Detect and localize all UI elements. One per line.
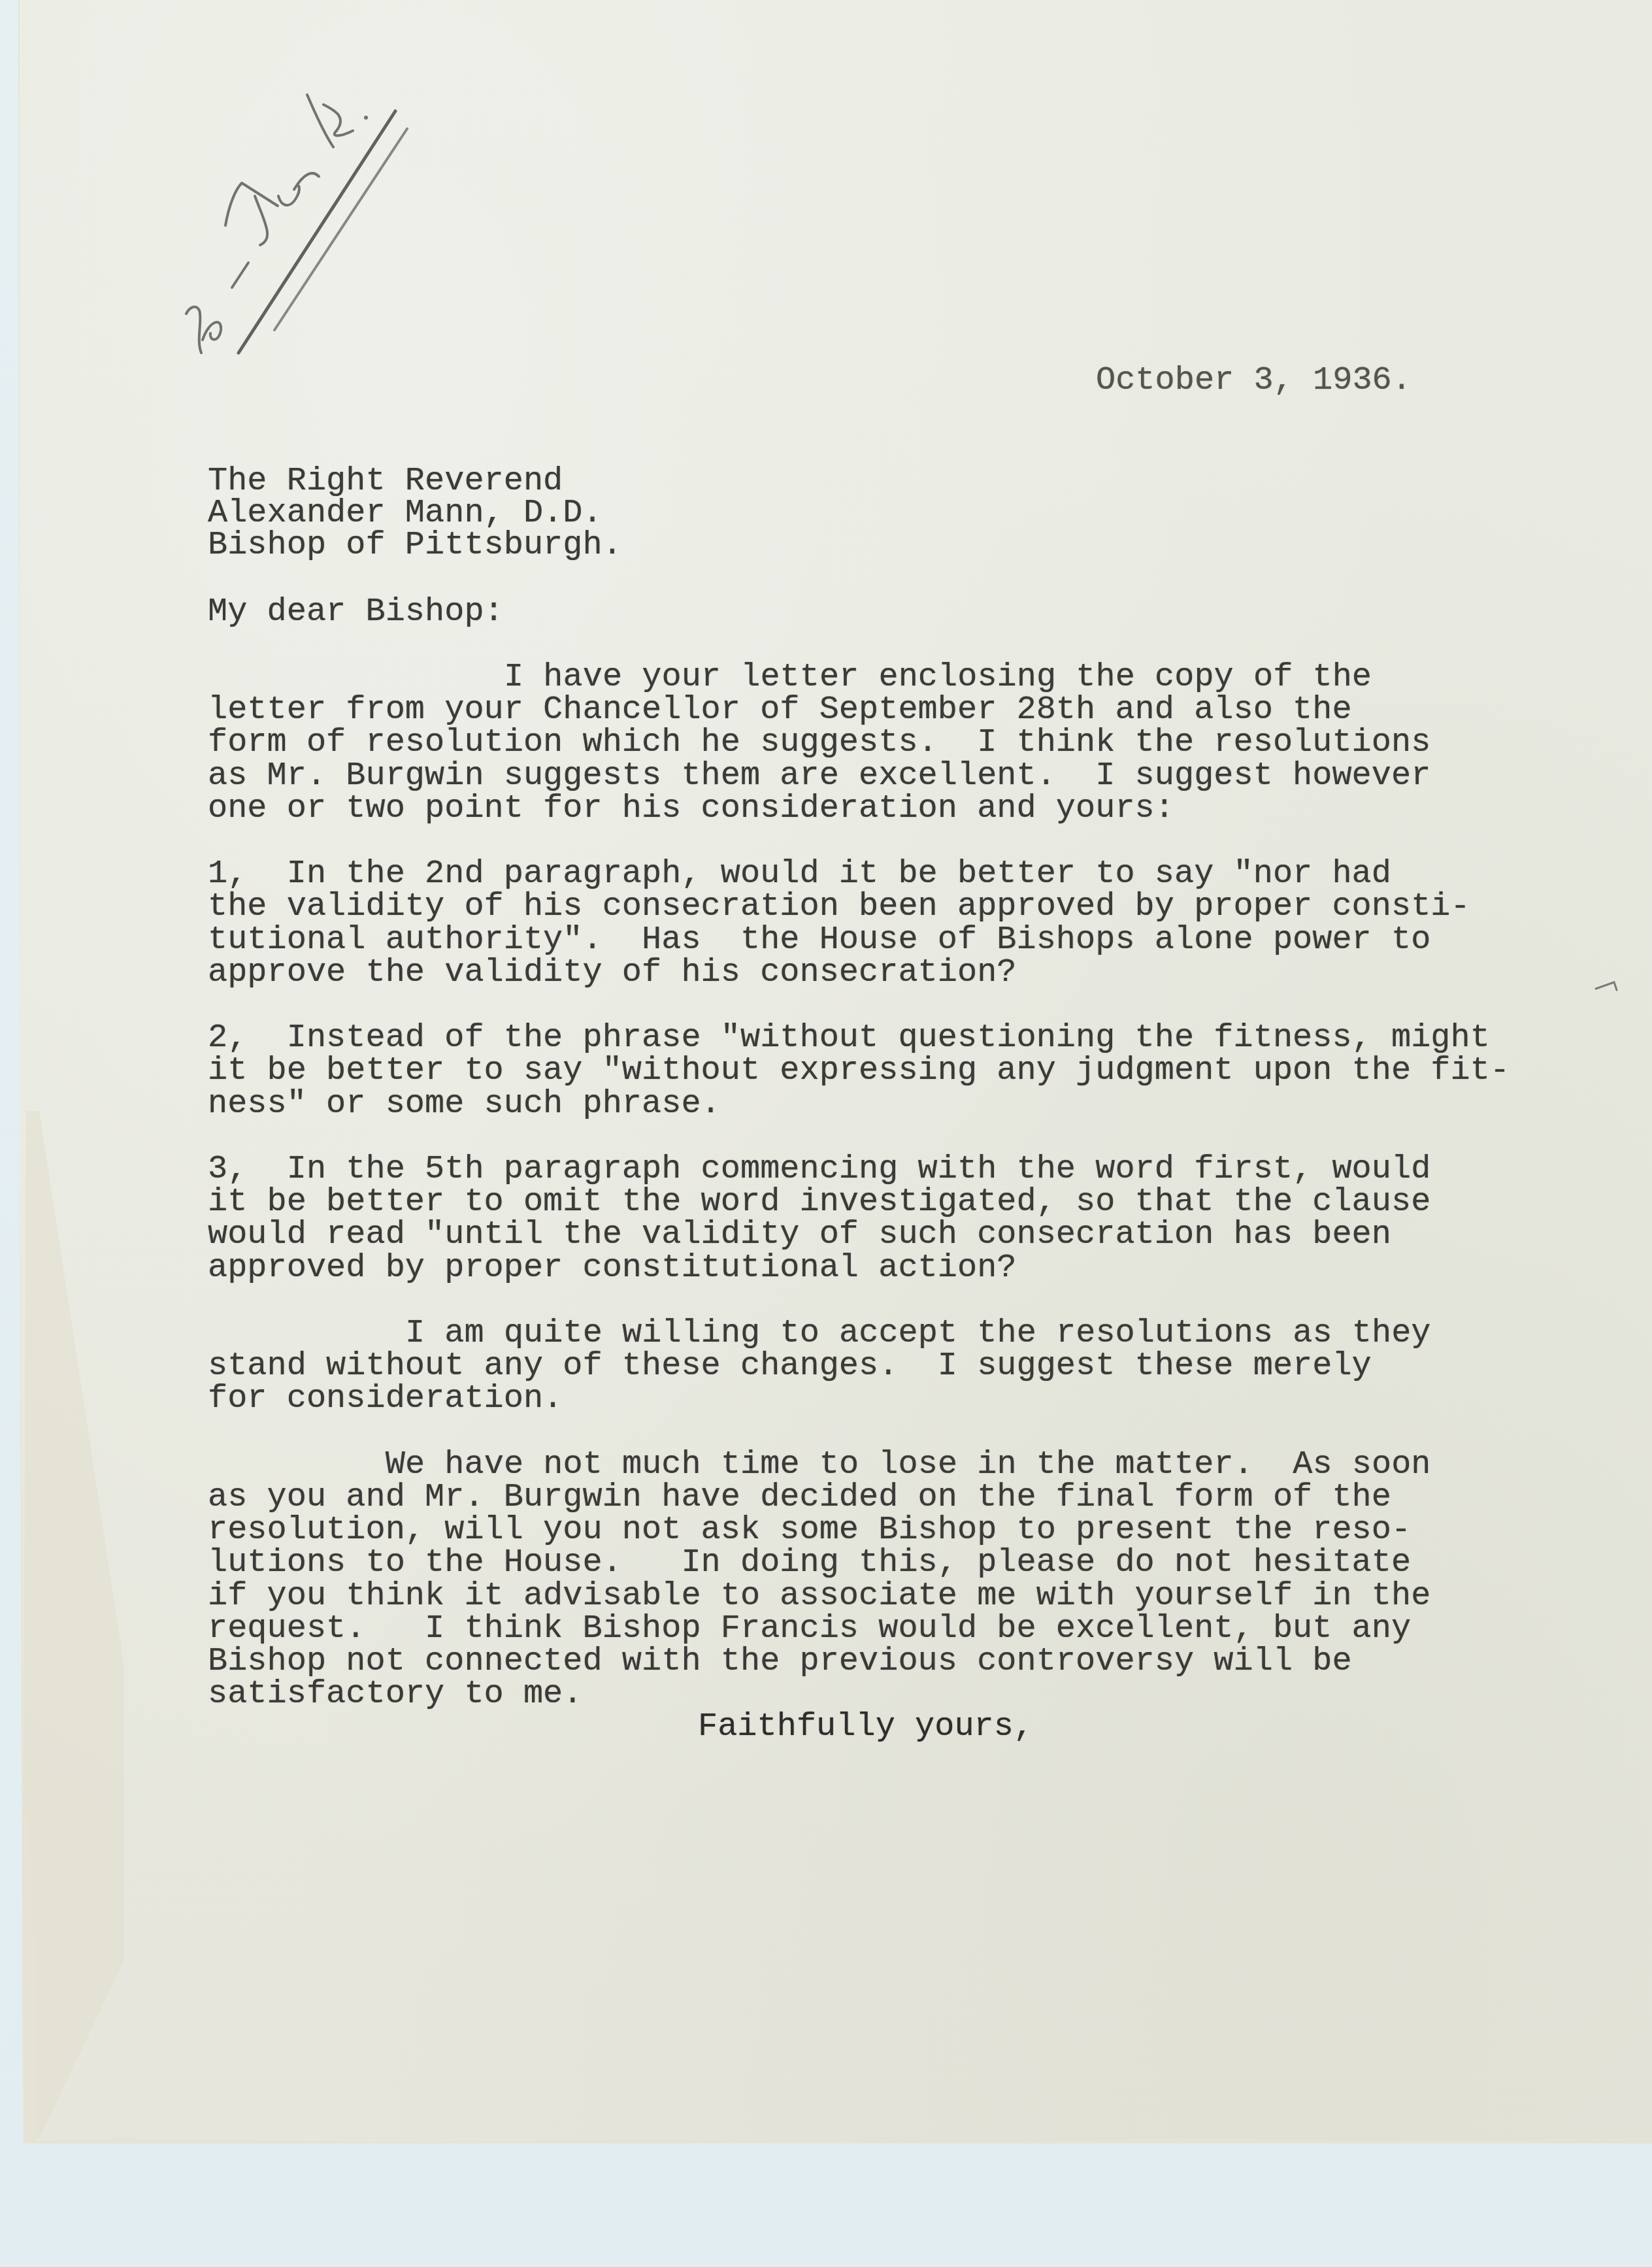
closing: Faithfully yours, bbox=[698, 1711, 1033, 1744]
handwritten-annotation-icon bbox=[150, 91, 464, 366]
recipient-address-line-1: The Right Reverend bbox=[208, 465, 563, 498]
body-line: I have your letter enclosing the copy of… bbox=[504, 661, 1372, 694]
body-line: ness" or some such phrase. bbox=[208, 1088, 721, 1121]
body-line: the validity of his consecration been ap… bbox=[208, 891, 1470, 923]
body-line: satisfactory to me. bbox=[208, 1678, 582, 1711]
body-line: tutional authority". Has the House of Bi… bbox=[208, 924, 1430, 957]
body-line: I am quite willing to accept the resolut… bbox=[405, 1317, 1431, 1350]
body-line: resolution, will you not ask some Bishop… bbox=[208, 1514, 1411, 1547]
body-line: as Mr. Burgwin suggests them are excelle… bbox=[208, 760, 1430, 793]
body-line: as you and Mr. Burgwin have decided on t… bbox=[208, 1481, 1391, 1514]
body-line: Bishop not connected with the previous c… bbox=[208, 1646, 1352, 1678]
body-line: stand without any of these changes. I su… bbox=[208, 1350, 1372, 1383]
recipient-address-line-3: Bishop of Pittsburgh. bbox=[208, 529, 622, 562]
salutation: My dear Bishop: bbox=[208, 596, 504, 629]
body-line: 2, Instead of the phrase "without questi… bbox=[208, 1022, 1490, 1055]
body-line: 1, In the 2nd paragraph, would it be bet… bbox=[208, 858, 1391, 891]
body-line: letter from your Chancellor of September… bbox=[208, 694, 1352, 727]
body-line: lutions to the House. In doing this, ple… bbox=[208, 1547, 1411, 1580]
body-line: approved by proper constitutional action… bbox=[208, 1252, 1017, 1285]
body-line: We have not much time to lose in the mat… bbox=[386, 1449, 1431, 1481]
body-line: would read "until the validity of such c… bbox=[208, 1219, 1391, 1251]
body-line: request. I think Bishop Francis would be… bbox=[208, 1613, 1411, 1646]
recipient-address-line-2: Alexander Mann, D.D. bbox=[208, 497, 603, 530]
body-line: 3, In the 5th paragraph commencing with … bbox=[208, 1153, 1430, 1186]
pencil-tick-mark-icon bbox=[1594, 977, 1621, 993]
body-line: one or two point for his consideration a… bbox=[208, 793, 1174, 825]
body-line: approve the validity of his consecration… bbox=[208, 957, 1017, 989]
body-line: if you think it advisable to associate m… bbox=[208, 1580, 1430, 1613]
letter-date: October 3, 1936. bbox=[1096, 365, 1412, 397]
body-line: form of resolution which he suggests. I … bbox=[208, 727, 1430, 759]
body-line: it be better to omit the word investigat… bbox=[208, 1186, 1430, 1219]
body-line: it be better to say "without expressing … bbox=[208, 1055, 1510, 1087]
body-line: for consideration. bbox=[208, 1383, 563, 1415]
